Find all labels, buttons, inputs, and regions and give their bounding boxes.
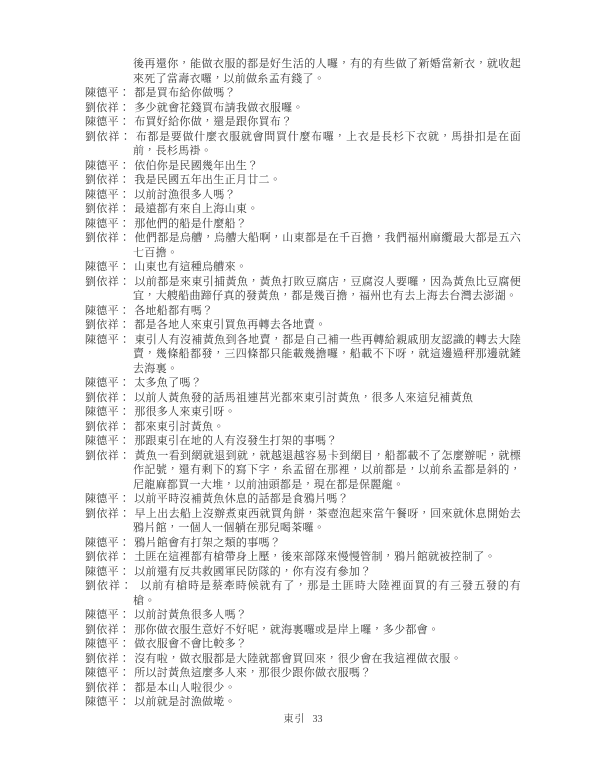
dialogue-line: 陳德平：太多魚了嗎？ [85, 376, 521, 391]
dialogue-text: 多少就會花錢買布請我做衣服囉。 [134, 102, 304, 114]
speaker-name: 劉依祥： [85, 174, 130, 186]
dialogue-text: 各地船都有嗎？ [134, 305, 213, 317]
dialogue-text: 所以討黃魚這麼多人來，那很少跟你做衣服嗎？ [134, 667, 371, 679]
dialogue-line: 陳德平：做衣服會不會比較多？ [85, 637, 521, 652]
speaker-name: 陳德平： [85, 406, 130, 418]
dialogue-text: 那你做衣服生意好不好呢，就海裏囉或是岸上囉，多少都會。 [134, 624, 439, 636]
dialogue-text: 以前人黃魚發的話馬祖連莒光都來東引討黃魚，很多人來這兒補黃魚 [134, 392, 473, 404]
scanned-book-page: 後再還你，能做衣服的都是好生活的人囉，有的有些做了新婚當新衣，就收起來死了當壽衣… [0, 0, 600, 776]
dialogue-line: 劉依祥：都是本山人啦很少。 [85, 681, 521, 696]
speaker-name: 陳德平： [85, 696, 130, 708]
speaker-name: 劉依祥： [85, 232, 130, 244]
dialogue-text: 以前就是討漁做墘。 [134, 696, 236, 708]
dialogue-text: 最遠都有來自上海山東。 [134, 203, 258, 215]
dialogue-text: 以前都是來東引捕黃魚，黃魚打敗豆腐店，豆腐沒人要囉，因為黃魚比豆腐便宜，大艘船曲… [133, 276, 521, 303]
dialogue-line: 陳德平：以前還有反共救國軍民防隊的，你有沒有參加？ [85, 565, 521, 580]
dialogue-line: 陳德平：那他們的船是什麼船？ [85, 217, 521, 232]
speaker-name: 劉依祥： [85, 450, 130, 462]
dialogue-text: 都來東引討黃魚。 [134, 421, 224, 433]
speaker-name: 陳德平： [85, 566, 130, 578]
dialogue-line: 陳德平：以前就是討漁做墘。 [85, 695, 521, 710]
dialogue-line: 劉依祥：布都是要做什麼衣服就會問買什麼布囉，上衣是長杉下衣就，馬掛扣是在面前，長… [85, 130, 521, 159]
dialogue-line: 劉依祥： 以前有槍時是蔡牽時候就有了，那是土匪時大陸裡面買的有三發五發的有槍。 [85, 579, 521, 608]
dialogue-text: 鴉片館會有打架之類的事嗎？ [134, 537, 281, 549]
dialogue-line: 劉依祥：以前人黃魚發的話馬祖連莒光都來東引討黃魚，很多人來這兒補黃魚 [85, 391, 521, 406]
dialogue-line: 劉依祥：最遠都有來自上海山東。 [85, 202, 521, 217]
dialogue-line: 劉依祥：他們都是烏艚，烏艚大船啊，山東都是在千百擔，我們福州麻纜最大都是五六七百… [85, 231, 521, 260]
page-footer: 東引33 [85, 710, 521, 725]
speaker-name: 陳德平： [85, 537, 130, 549]
dialogue-text: 以前討漁很多人嗎？ [134, 189, 236, 201]
dialogue-text: 山東也有這種烏艚來。 [134, 261, 247, 273]
speaker-name: 劉依祥： [85, 421, 130, 433]
speaker-name: 陳德平： [85, 189, 130, 201]
dialogue-text: 早上出去船上沒辦煮東西就買角餅，茶壺泡起來當午餐呀，回來就休息開始去鴉片館，一個… [133, 508, 521, 535]
dialogue-text: 以前還有反共救國軍民防隊的，你有沒有參加？ [134, 566, 371, 578]
dialogue-line: 陳德平：以前平時沒補黃魚休息的話都是食鴉片嗎？ [85, 492, 521, 507]
dialogue-line: 陳德平：那跟東引在地的人有沒發生打架的事嗎？ [85, 434, 521, 449]
speaker-name: 劉依祥： [85, 551, 130, 563]
dialogue-line: 陳德平：都是買布給你做嗎？ [85, 86, 521, 101]
dialogue-text: 都是買布給你做嗎？ [134, 87, 236, 99]
dialogue-text: 布買好給你做，還是跟你買布？ [134, 116, 292, 128]
footer-page-number: 33 [313, 714, 323, 725]
speaker-name: 劉依祥： [85, 653, 130, 665]
dialogue-text: 土匪在這裡都有槍帶身上壓，後來部隊來慢慢管制，鴉片館就被控制了。 [134, 551, 496, 563]
dialogue-text: 依伯你是民國幾年出生？ [134, 160, 258, 172]
dialogue-line: 陳德平：鴉片館會有打架之類的事嗎？ [85, 536, 521, 551]
dialogue-text: 那跟東引在地的人有沒發生打架的事嗎？ [134, 435, 337, 447]
dialogue-text: 以前平時沒補黃魚休息的話都是食鴉片嗎？ [134, 493, 349, 505]
speaker-name: 劉依祥： [85, 276, 130, 288]
dialogue-line: 劉依祥：沒有啦，做衣服都是大陸就都會買回來，很少會在我這裡做衣服。 [85, 652, 521, 667]
speaker-name: 劉依祥： [85, 580, 133, 592]
dialogue-list: 陳德平：都是買布給你做嗎？劉依祥：多少就會花錢買布請我做衣服囉。陳德平：布買好給… [85, 86, 521, 710]
dialogue-text: 布都是要做什麼衣服就會問買什麼布囉，上衣是長杉下衣就，馬掛扣是在面前，長杉馬褂。 [133, 131, 521, 158]
dialogue-line: 陳德平：以前討黃魚很多人嗎？ [85, 608, 521, 623]
speaker-name: 陳德平： [85, 261, 130, 273]
dialogue-line: 陳德平：所以討黃魚這麼多人來，那很少跟你做衣服嗎？ [85, 666, 521, 681]
dialogue-line: 劉依祥：早上出去船上沒辦煮東西就買角餅，茶壺泡起來當午餐呀，回來就休息開始去鴉片… [85, 507, 521, 536]
dialogue-text: 東引人有沒補黃魚到各地賣，都是自己補一些再轉給親戚朋友認識的轉去大陸賣，幾條船都… [133, 334, 521, 375]
speaker-name: 陳德平： [85, 609, 130, 621]
speaker-name: 劉依祥： [85, 682, 130, 694]
dialogue-line: 劉依祥：我是民國五年出生正月廿二。 [85, 173, 521, 188]
speaker-name: 陳德平： [85, 638, 130, 650]
footer-location: 東引 [284, 714, 306, 725]
speaker-name: 陳德平： [85, 305, 130, 317]
speaker-name: 劉依祥： [85, 508, 130, 520]
speaker-name: 劉依祥： [85, 203, 130, 215]
dialogue-line: 陳德平：以前討漁很多人嗎？ [85, 188, 521, 203]
dialogue-line: 劉依祥：都是各地人來東引買魚再轉去各地賣。 [85, 318, 521, 333]
dialogue-line: 劉依祥：土匪在這裡都有槍帶身上壓，後來部隊來慢慢管制，鴉片館就被控制了。 [85, 550, 521, 565]
speaker-name: 陳德平： [85, 218, 130, 230]
dialogue-line: 陳德平：各地船都有嗎？ [85, 304, 521, 319]
transcript-text-block: 後再還你，能做衣服的都是好生活的人囉，有的有些做了新婚當新衣，就收起來死了當壽衣… [85, 57, 521, 710]
speaker-name: 陳德平： [85, 334, 130, 346]
speaker-name: 陳德平： [85, 116, 130, 128]
dialogue-text: 都是本山人啦很少。 [134, 682, 236, 694]
speaker-name: 劉依祥： [85, 392, 130, 404]
dialogue-text: 沒有啦，做衣服都是大陸就都會買回來，很少會在我這裡做衣服。 [134, 653, 462, 665]
speaker-name: 陳德平： [85, 377, 130, 389]
dialogue-line: 陳德平：東引人有沒補黃魚到各地賣，都是自己補一些再轉給親戚朋友認識的轉去大陸賣，… [85, 333, 521, 377]
speaker-name: 劉依祥： [85, 131, 132, 143]
dialogue-text: 以前討黃魚很多人嗎？ [134, 609, 247, 621]
dialogue-text: 那他們的船是什麼船？ [134, 218, 247, 230]
dialogue-text: 做衣服會不會比較多？ [134, 638, 247, 650]
speaker-name: 陳德平： [85, 160, 130, 172]
speaker-name: 劉依祥： [85, 102, 130, 114]
dialogue-text: 以前有槍時是蔡牽時候就有了，那是土匪時大陸裡面買的有三發五發的有槍。 [133, 580, 521, 607]
dialogue-text: 太多魚了嗎？ [134, 377, 202, 389]
dialogue-line: 劉依祥：那你做衣服生意好不好呢，就海裏囉或是岸上囉，多少都會。 [85, 623, 521, 638]
dialogue-text: 黃魚一看到網就退到就，就越退越容易卡到網目，船都載不了怎麼辦呢，就標作記號，還有… [133, 450, 521, 491]
dialogue-text: 他們都是烏艚，烏艚大船啊，山東都是在千百擔，我們福州麻纜最大都是五六七百擔。 [133, 232, 521, 259]
dialogue-line: 陳德平：山東也有這種烏艚來。 [85, 260, 521, 275]
dialogue-line: 陳德平：布買好給你做，還是跟你買布？ [85, 115, 521, 130]
dialogue-line: 劉依祥：都來東引討黃魚。 [85, 420, 521, 435]
speaker-name: 劉依祥： [85, 319, 130, 331]
speaker-name: 陳德平： [85, 493, 130, 505]
dialogue-line: 劉依祥：以前都是來東引捕黃魚，黃魚打敗豆腐店，豆腐沒人要囉，因為黃魚比豆腐便宜，… [85, 275, 521, 304]
speaker-name: 陳德平： [85, 87, 130, 99]
dialogue-text: 都是各地人來東引買魚再轉去各地賣。 [134, 319, 326, 331]
continuation-paragraph: 後再還你，能做衣服的都是好生活的人囉，有的有些做了新婚當新衣，就收起來死了當壽衣… [133, 57, 521, 86]
dialogue-line: 陳德平：依伯你是民國幾年出生？ [85, 159, 521, 174]
speaker-name: 劉依祥： [85, 624, 130, 636]
dialogue-text: 那很多人來東引呀。 [134, 406, 236, 418]
dialogue-line: 劉依祥：黃魚一看到網就退到就，就越退越容易卡到網目，船都載不了怎麼辦呢，就標作記… [85, 449, 521, 493]
dialogue-line: 陳德平：那很多人來東引呀。 [85, 405, 521, 420]
dialogue-line: 劉依祥：多少就會花錢買布請我做衣服囉。 [85, 101, 521, 116]
dialogue-text: 我是民國五年出生正月廿二。 [134, 174, 281, 186]
speaker-name: 陳德平： [85, 667, 130, 679]
speaker-name: 陳德平： [85, 435, 130, 447]
